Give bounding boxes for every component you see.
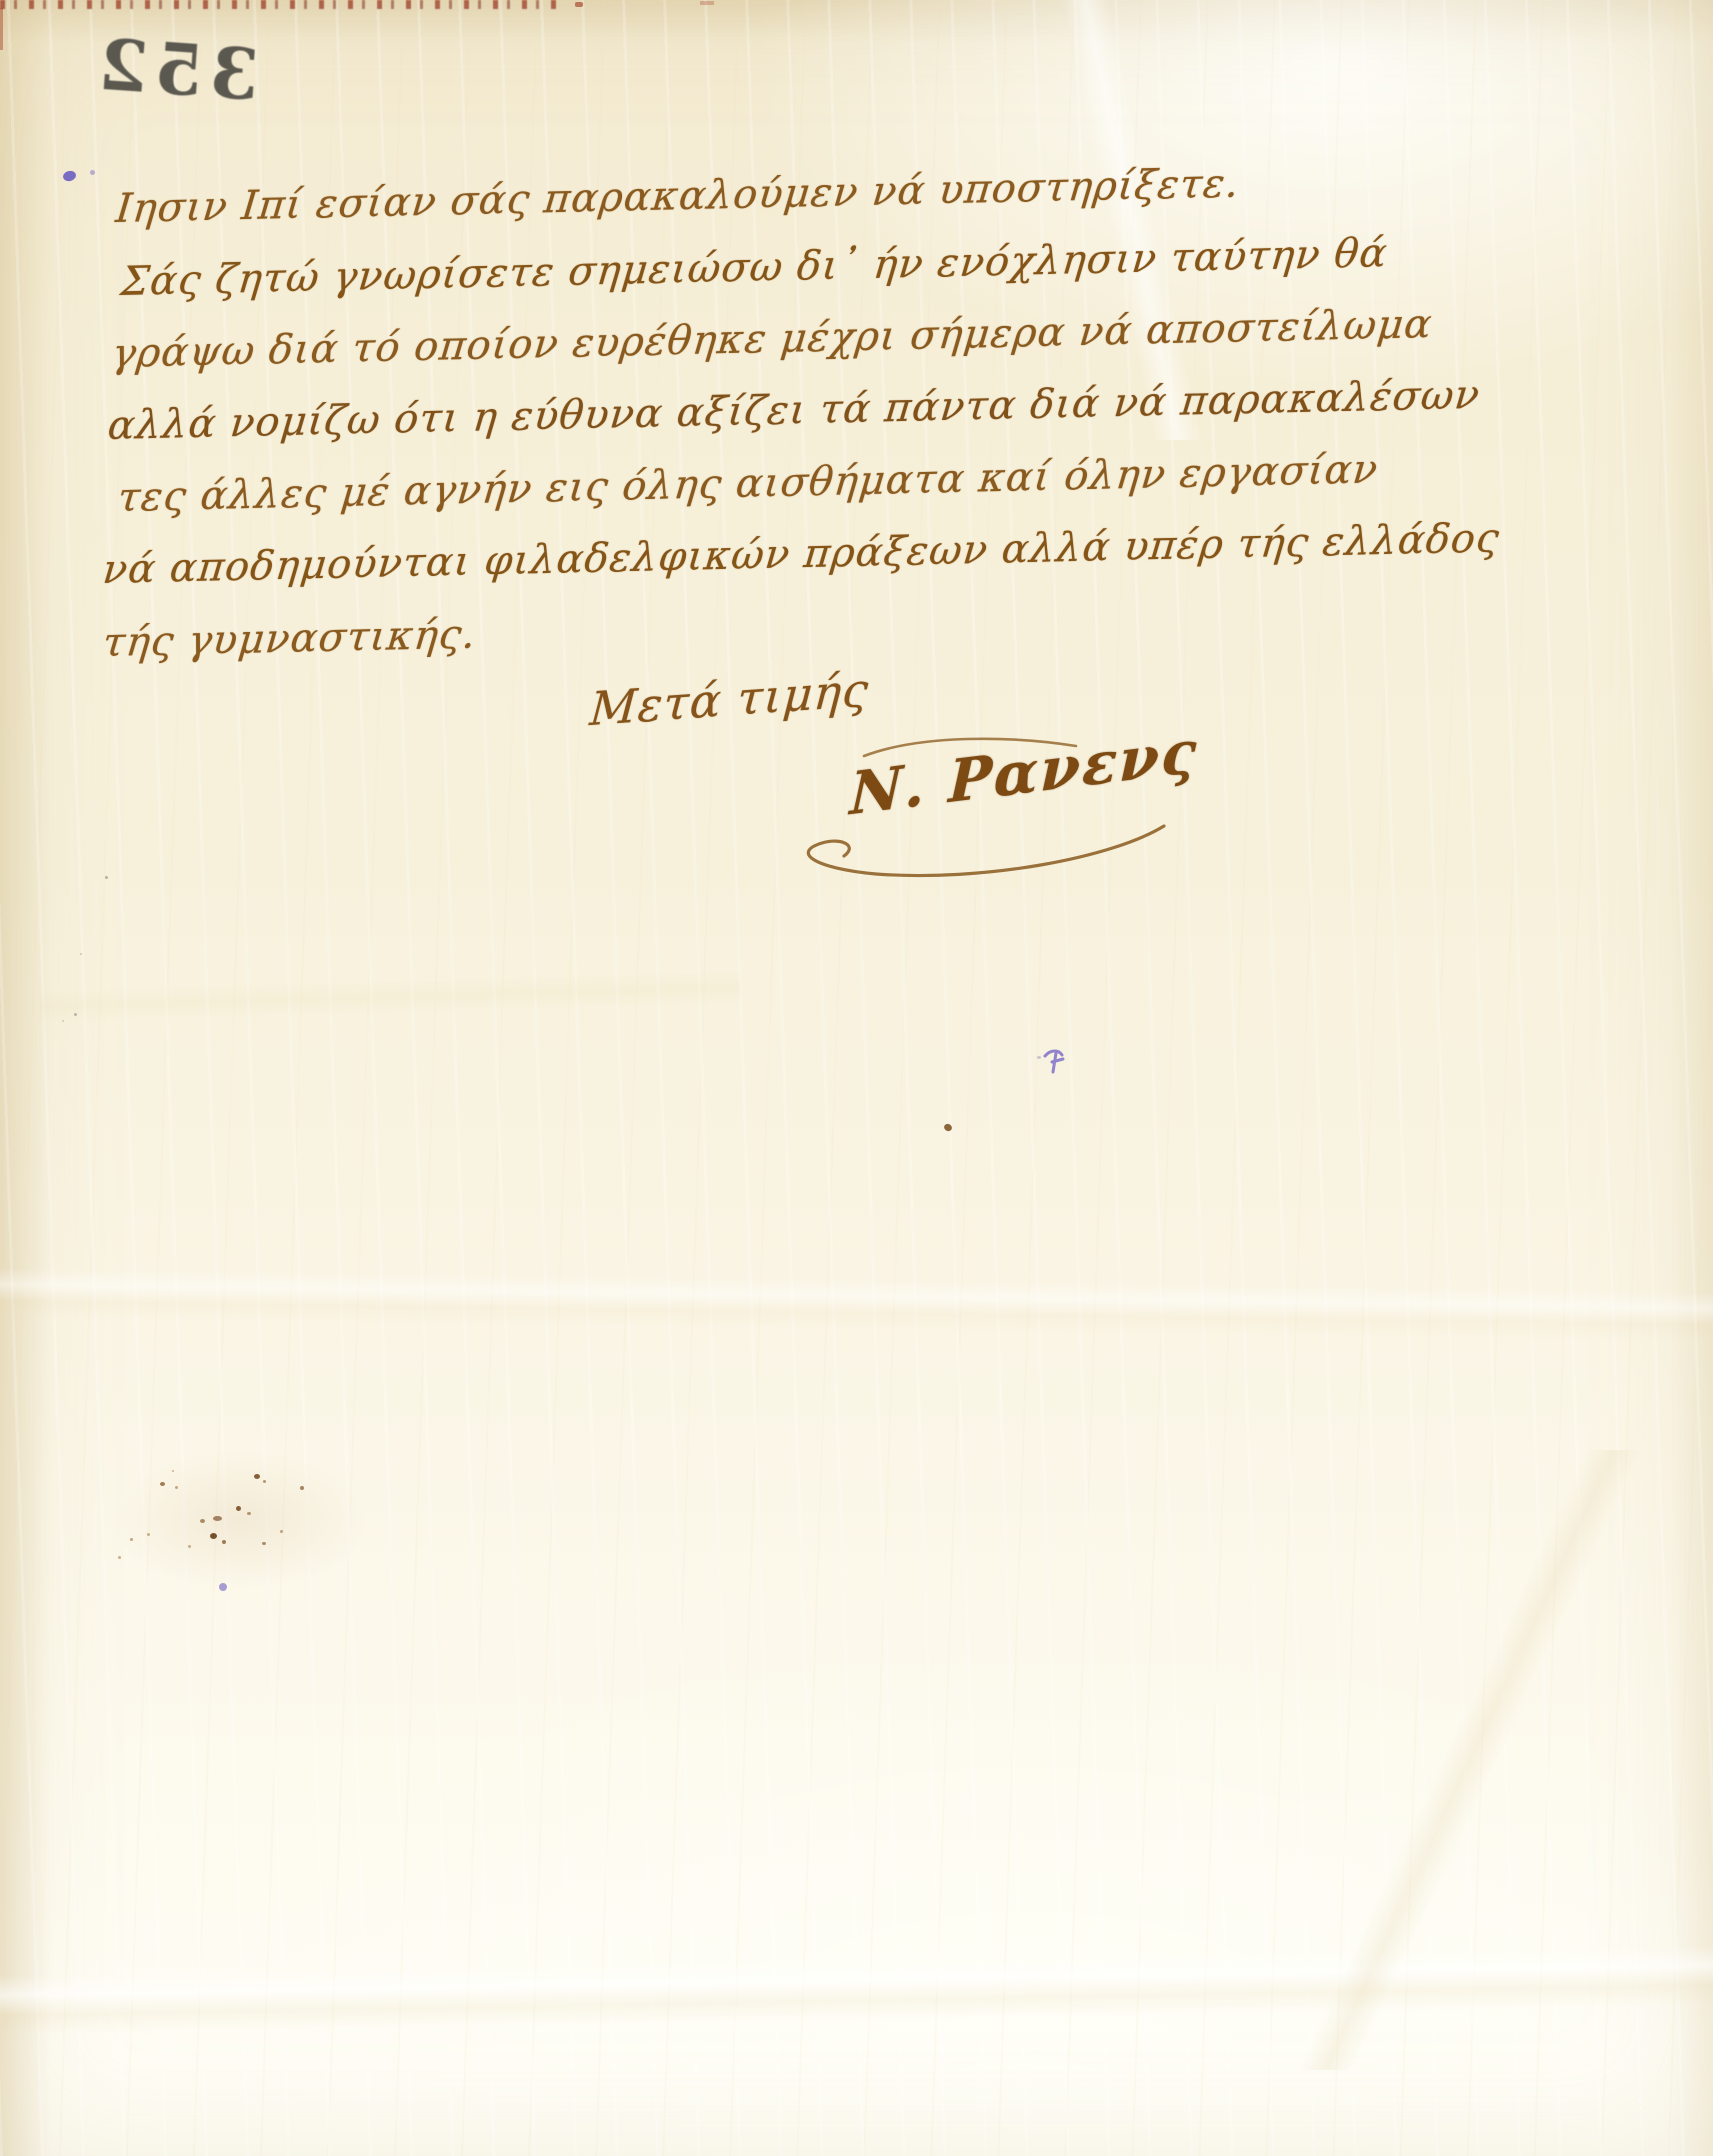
scanned-letter-page: 352 Ιησιν Ιπί εσίαν σάς παρακαλούμεν νά … <box>0 0 1713 2156</box>
speckle-dot <box>254 1474 260 1479</box>
speckle-dot <box>105 876 108 879</box>
handwriting-line: τής γυμναστικής. <box>101 611 479 666</box>
paper-crease <box>880 0 1380 440</box>
handwriting-line: γράψω διά τό οποίον ευρέθηκε μέχρι σήμερ… <box>110 301 1435 377</box>
speckle-dot <box>200 1519 205 1523</box>
speckle-dot <box>80 953 82 955</box>
handwriting-line: τες άλλες μέ αγνήν εις όλης αισθήματα κα… <box>116 446 1381 521</box>
speckle-dot <box>262 1542 266 1545</box>
page-number-stamp-mirrored: 352 <box>89 22 262 116</box>
speckle-dot <box>118 1556 121 1559</box>
paper-crease <box>0 1267 1713 1342</box>
paper-crease <box>1150 1450 1713 2070</box>
speckle-dot <box>62 1020 64 1022</box>
speckle-dot <box>247 1512 251 1515</box>
speckle-dot <box>160 1482 165 1486</box>
speckle-dot <box>147 1533 150 1536</box>
speckle-dot <box>74 1013 77 1016</box>
speckle-dot <box>213 1516 222 1521</box>
speckle-dot <box>300 1486 304 1490</box>
paper-crease <box>40 970 741 1024</box>
foxing-smudge <box>110 1450 370 1590</box>
speckle-dot <box>236 1506 241 1511</box>
scan-edge-dash <box>700 1 714 5</box>
signature-flourish <box>768 812 1178 907</box>
handwriting-line: νά αποδημούνται φιλαδελφικών πράξεων αλλ… <box>101 515 1502 593</box>
speckle-dot <box>130 1538 133 1541</box>
scan-top-edge-marks <box>0 0 565 9</box>
scan-edge-dash <box>575 2 583 7</box>
speckle-dot <box>280 1530 283 1533</box>
speckle-dot <box>188 1545 191 1548</box>
speckle-dot <box>210 1533 217 1539</box>
speckle-dot <box>175 1486 178 1489</box>
purple-ink-mark <box>1040 1046 1074 1080</box>
scan-edge-dash <box>0 8 3 50</box>
speckle-dot <box>1037 1056 1041 1059</box>
handwriting-line: Σάς ζητώ γνωρίσετε σημειώσω δι᾽ ήν ενόχλ… <box>119 230 1390 305</box>
paper-crease <box>0 1944 1713 2035</box>
handwriting-line: Ιησιν Ιπί εσίαν σάς παρακαλούμεν νά υποσ… <box>114 160 1242 232</box>
speckle-dot <box>172 1470 174 1472</box>
ink-spot <box>943 1123 953 1133</box>
signature: Ν. Ρανενς <box>849 717 1200 829</box>
blue-ink-dot <box>90 170 95 175</box>
closing-salutation: Μετά τιμής <box>588 662 871 736</box>
speckle-dot <box>222 1540 226 1544</box>
handwriting-line: αλλά νομίζω ότι η εύθυνα αξίζει τά πάντα… <box>106 372 1483 449</box>
blue-ink-dot <box>62 169 77 182</box>
speckle-dot <box>263 1480 266 1483</box>
